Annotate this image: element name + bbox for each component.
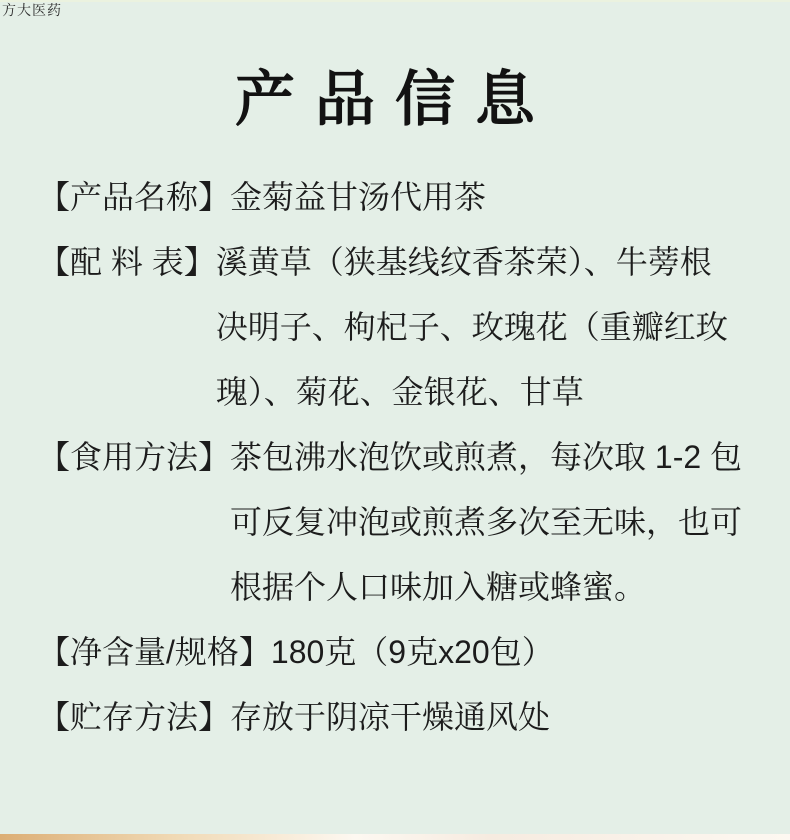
info-row-value: 存放于阴凉干燥通风处 (230, 685, 778, 750)
brand-watermark: 方大医药 (2, 2, 62, 18)
info-row: 【配 料 表】溪黄草（狭基线纹香茶荣）、牛蒡根 决明子、枸杞子、玫瑰花（重瓣红玫… (38, 230, 778, 425)
info-row-value: 金菊益甘汤代用茶 (230, 165, 778, 230)
info-row-label: 【食用方法】 (38, 425, 230, 490)
info-row-label: 【贮存方法】 (38, 685, 230, 750)
next-section-edge (0, 834, 790, 840)
info-row-value: 茶包沸水泡饮或煎煮，每次取 1-2 包 可反复冲泡或煎煮多次至无味，也可 根据个… (230, 425, 778, 620)
page-title: 产品信息 (0, 70, 790, 130)
info-row: 【产品名称】金菊益甘汤代用茶 (38, 165, 778, 230)
info-row-value: 溪黄草（狭基线纹香茶荣）、牛蒡根 决明子、枸杞子、玫瑰花（重瓣红玫 瑰）、菊花、… (216, 230, 778, 425)
info-row: 【食用方法】茶包沸水泡饮或煎煮，每次取 1-2 包 可反复冲泡或煎煮多次至无味，… (38, 425, 778, 620)
info-row-label: 【产品名称】 (38, 165, 230, 230)
product-info-list: 【产品名称】金菊益甘汤代用茶【配 料 表】溪黄草（狭基线纹香茶荣）、牛蒡根 决明… (0, 165, 790, 750)
info-row-label: 【配 料 表】 (38, 230, 216, 295)
info-row-label: 【净含量/规格】 (38, 620, 271, 685)
previous-section-edge (0, 0, 790, 2)
info-row: 【贮存方法】存放于阴凉干燥通风处 (38, 685, 778, 750)
info-row-value: 180克（9克x20包） (271, 620, 778, 685)
info-row: 【净含量/规格】180克（9克x20包） (38, 620, 778, 685)
